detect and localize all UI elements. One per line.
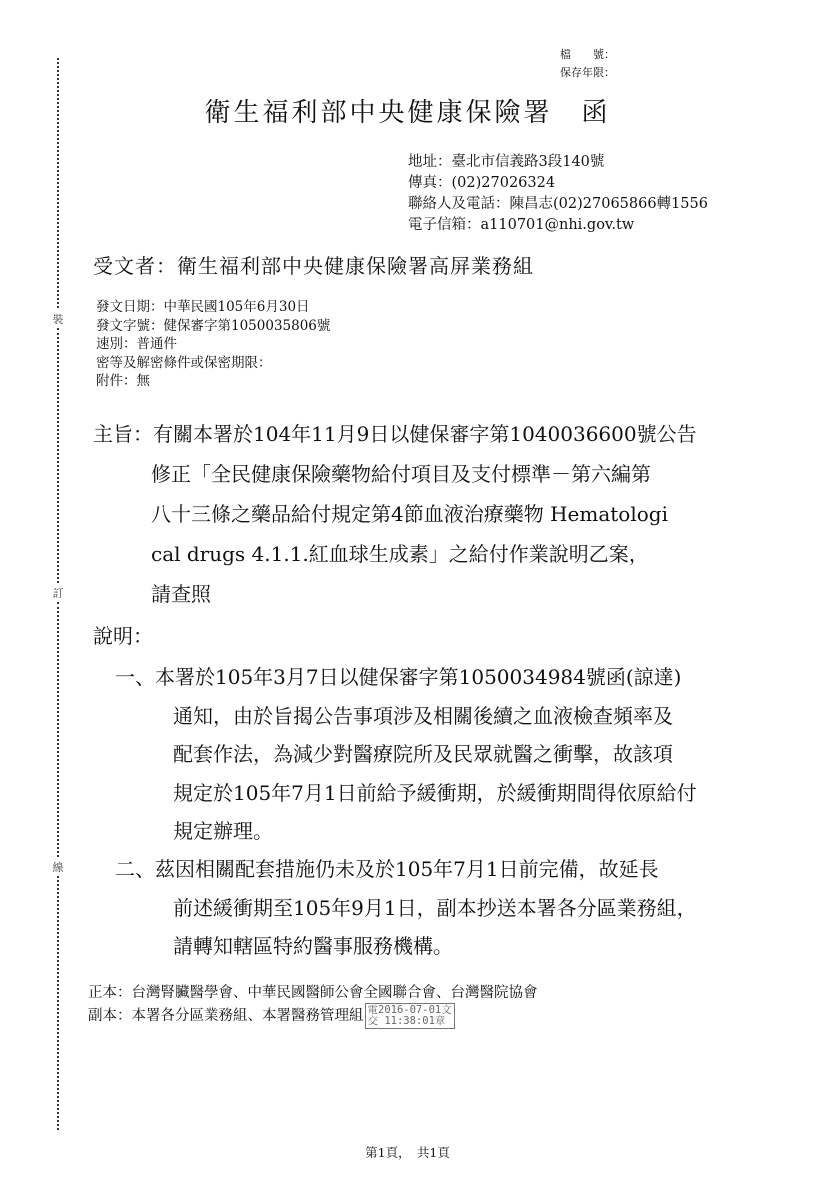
item-line: 請轉知轄區特約醫事服務機構。 (115, 927, 697, 966)
item-marker: 二、 (115, 857, 155, 881)
recipient: 受文者：衛生福利部中央健康保險署高屏業務組 (93, 250, 534, 279)
copy-recipients: 副本：本署各分區業務組、本署醫務管理組 (88, 1008, 364, 1024)
contact-email: 電子信箱：a110701@nhi.gov.tw (408, 215, 708, 236)
explanation-label: 說明： (93, 620, 153, 649)
document-meta: 發文日期：中華民國105年6月30日 發文字號：健保審字第1050035806號… (96, 298, 330, 391)
contact-person: 聯絡人及電話：陳昌志(02)27065866轉1556 (408, 194, 708, 215)
subject-line: cal drugs 4.1.1.紅血球生成素」之給付作業說明乙案， (93, 534, 697, 574)
confidentiality: 密等及解密條件或保密期限： (96, 354, 330, 373)
contact-block: 地址：臺北市信義路3段140號 傳真：(02)27026324 聯絡人及電話：陳… (408, 152, 708, 236)
binding-line-middle-1 (57, 328, 59, 583)
subject-label: 主旨： (93, 422, 153, 446)
explanation-item-2: 二、茲因相關配套措施仍未及於105年7月1日前完備，故延長 前述緩衝期至105年… (115, 850, 697, 966)
binding-label-zhuang: 裝 (51, 311, 65, 327)
subject-section: 主旨：有關本署於104年11月9日以健保審字第1040036600號公告 修正「… (93, 414, 697, 614)
archive-retention: 保存年限： (560, 64, 615, 80)
binding-label-ding: 訂 (51, 585, 65, 601)
subject-line: 修正「全民健康保險藥物給付項目及支付標準－第六編第 (93, 454, 697, 494)
page-number: 第1頁， 共1頁 (0, 1143, 815, 1161)
issue-number: 發文字號：健保審字第1050035806號 (96, 317, 330, 336)
archive-file-number: 檔 號： (560, 46, 615, 62)
item-line: 規定辦理。 (115, 812, 697, 851)
item-line: 配套作法，為減少對醫療院所及民眾就醫之衝擊，故該項 (115, 735, 697, 774)
issue-date: 發文日期：中華民國105年6月30日 (96, 298, 330, 317)
item-line: 前述緩衝期至105年9月1日，副本抄送本署各分區業務組， (115, 889, 697, 928)
binding-line-bottom (57, 876, 59, 1130)
item-line: 規定於105年7月1日前給予緩衝期，於緩衝期間得依原給付 (115, 774, 697, 813)
document-title: 衛生福利部中央健康保險署 函 (0, 92, 815, 129)
attachments: 附件：無 (96, 372, 330, 391)
contact-fax: 傳真：(02)27026324 (408, 173, 708, 194)
item-line: 茲因相關配套措施仍未及於105年7月1日前完備，故延長 (155, 857, 659, 881)
binding-line-middle-2 (57, 602, 59, 857)
contact-address: 地址：臺北市信義路3段140號 (408, 152, 708, 173)
stamp-line-2: 交 11:38:01章 (368, 1016, 452, 1027)
electronic-exchange-stamp: 電2016-07-01文交 11:38:01章 (365, 1003, 455, 1029)
distribution-block: 正本：台灣腎臟醫學會、中華民國醫師公會全國聯合會、台灣醫院協會 副本：本署各分區… (88, 983, 538, 1029)
explanation-item-1: 一、本署於105年3月7日以健保審字第1050034984號函(諒達) 通知，由… (115, 658, 697, 851)
subject-line: 請查照 (93, 574, 697, 614)
speed-class: 速別：普通件 (96, 335, 330, 354)
binding-label-xian: 線 (51, 859, 65, 875)
item-marker: 一、 (115, 665, 155, 689)
original-recipients: 正本：台灣腎臟醫學會、中華民國醫師公會全國聯合會、台灣醫院協會 (88, 983, 538, 1003)
subject-line: 有關本署於104年11月9日以健保審字第1040036600號公告 (153, 422, 697, 446)
item-line: 通知，由於旨揭公告事項涉及相關後續之血液檢查頻率及 (115, 697, 697, 736)
item-line: 本署於105年3月7日以健保審字第1050034984號函(諒達) (155, 665, 681, 689)
subject-line: 八十三條之藥品給付規定第4節血液治療藥物 Hematologi (93, 494, 697, 534)
